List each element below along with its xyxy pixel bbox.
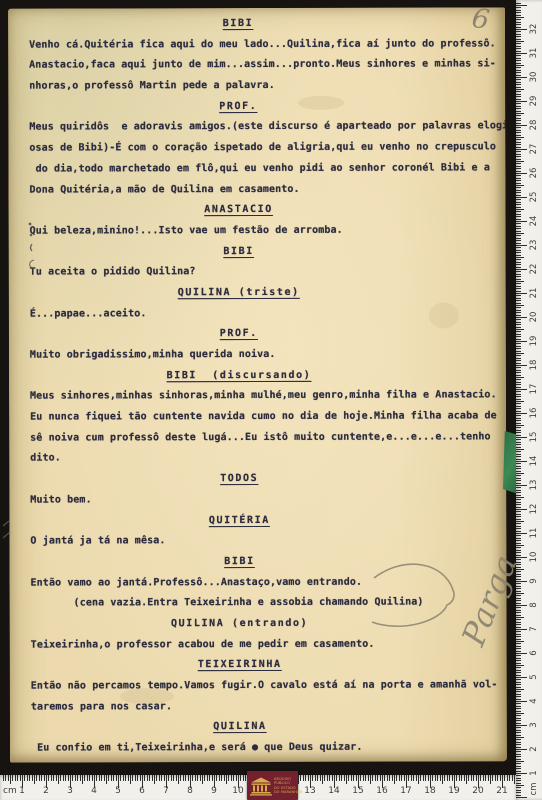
ruler-tick	[516, 24, 521, 25]
ruler-tick	[516, 149, 527, 150]
ruler-tick	[65, 775, 66, 781]
ruler-tick	[480, 775, 481, 781]
ruler-tick	[516, 535, 521, 536]
ruler-tick	[447, 775, 448, 781]
ruler-tick	[516, 720, 521, 721]
ruler-tick	[516, 629, 527, 630]
ruler-number: 17	[398, 786, 414, 796]
ruler-tick	[516, 516, 521, 517]
ruler-tick	[58, 775, 59, 784]
ruler-tick	[516, 319, 521, 320]
ruler-tick	[516, 363, 521, 364]
ruler-tick	[516, 130, 521, 131]
ruler-tick	[516, 766, 521, 767]
ruler-tick	[516, 555, 521, 556]
ruler-tick	[516, 581, 527, 582]
ruler-tick	[17, 775, 18, 781]
ruler-tick	[516, 264, 521, 265]
edge-pencil-mark	[0, 518, 14, 548]
ruler-tick	[516, 591, 521, 592]
ruler-number: 2	[529, 739, 539, 759]
script-heading: QUILINA (triste)	[30, 286, 448, 308]
ruler-tick	[516, 651, 521, 652]
ruler-tick	[516, 511, 521, 512]
ruler-tick	[516, 139, 521, 140]
ruler-tick	[178, 775, 179, 784]
ruler-tick	[516, 459, 521, 460]
ruler-tick	[516, 795, 521, 796]
ruler-tick	[516, 370, 521, 371]
ruler-tick	[317, 775, 318, 781]
ruler-tick	[516, 291, 521, 292]
ruler-tick	[516, 17, 524, 18]
ruler-tick	[320, 775, 321, 781]
ruler-tick	[516, 310, 521, 311]
ruler-tick	[416, 775, 417, 781]
script-line: osas de Bibi)-É com o coração ispetado d…	[29, 141, 505, 163]
ruler-tick	[106, 775, 107, 784]
ruler-tick	[516, 334, 521, 335]
ruler-tick	[204, 775, 205, 781]
ruler-tick	[44, 775, 45, 781]
ruler-tick	[516, 396, 521, 397]
ruler-tick	[516, 399, 521, 400]
ruler-tick	[516, 449, 524, 450]
ruler-tick	[387, 775, 388, 781]
script-heading: PROF.	[29, 100, 447, 122]
ruler-tick	[516, 288, 521, 289]
ruler-tick	[516, 689, 524, 690]
script-line: Venho cá.Quitéria fica aqui do meu lado.…	[29, 38, 505, 60]
ruler-tick	[332, 775, 333, 781]
ruler-number: 12	[529, 499, 539, 519]
ruler-tick	[372, 775, 373, 781]
ruler-tick	[516, 36, 521, 37]
ruler-tick	[516, 610, 521, 611]
ruler-tick	[437, 775, 438, 781]
ruler-number: 18	[422, 786, 438, 796]
ruler-tick	[116, 775, 117, 781]
ruler-tick	[516, 15, 521, 16]
ruler-tick	[516, 672, 521, 673]
ruler-tick	[516, 648, 521, 649]
ruler-tick	[516, 507, 521, 508]
ruler-tick	[3, 775, 4, 781]
ruler-tick	[84, 775, 85, 781]
ruler-tick	[48, 775, 49, 781]
ruler-number: 4	[86, 786, 102, 796]
ruler-tick	[516, 775, 521, 776]
ruler-tick	[516, 670, 521, 671]
ruler-tick	[92, 775, 93, 781]
ruler-tick	[516, 423, 521, 424]
ruler-tick	[459, 775, 460, 781]
signature-name: Parga	[454, 550, 516, 652]
ruler-tick	[120, 775, 121, 781]
ruler-number: 27	[529, 139, 539, 159]
ruler-tick	[516, 394, 521, 395]
ruler-tick	[516, 53, 527, 54]
ruler-tick	[516, 665, 524, 666]
ruler-tick	[442, 775, 443, 784]
ruler-tick	[516, 735, 521, 736]
ruler-tick	[516, 27, 521, 28]
ruler-tick	[516, 646, 521, 647]
ruler-tick	[516, 427, 521, 428]
ruler-tick	[485, 775, 486, 781]
ruler-number: 10	[230, 786, 246, 796]
ruler-tick	[113, 775, 114, 781]
ruler-tick	[516, 574, 521, 575]
ruler-tick	[466, 775, 467, 784]
script-line: Dona Quitéria,a mão de Quilina em casame…	[29, 183, 505, 205]
ruler-tick	[516, 307, 521, 308]
ruler-tick	[516, 739, 521, 740]
ruler-tick	[516, 262, 521, 263]
ruler-tick	[516, 415, 521, 416]
ruler-number: 21	[494, 786, 510, 796]
ruler-tick	[516, 437, 527, 438]
ruler-tick	[516, 329, 524, 330]
ruler-tick	[516, 87, 521, 88]
ruler-tick	[435, 775, 436, 781]
ruler-tick	[504, 775, 505, 781]
ruler-tick	[516, 192, 521, 193]
ruler-tick	[516, 401, 524, 402]
ruler-tick	[516, 543, 521, 544]
ruler-tick	[516, 497, 524, 498]
ruler-tick	[516, 235, 521, 236]
ruler-tick	[516, 473, 524, 474]
ruler-tick	[516, 468, 521, 469]
ruler-number: 9	[529, 571, 539, 591]
ruler-tick	[516, 379, 521, 380]
ruler-tick	[516, 696, 521, 697]
ruler-tick	[516, 156, 521, 157]
ruler-tick	[516, 10, 521, 11]
ruler-tick	[497, 775, 498, 781]
ruler-tick	[516, 430, 521, 431]
ruler-tick	[516, 245, 527, 246]
ruler-tick	[516, 283, 521, 284]
ruler-tick	[147, 775, 148, 781]
ruler-tick	[41, 775, 42, 781]
ruler-tick	[500, 775, 501, 781]
ruler-tick	[346, 775, 347, 784]
ruler-tick	[516, 31, 521, 32]
ruler-tick	[377, 775, 378, 781]
ruler-tick	[516, 406, 521, 407]
ruler-tick	[164, 775, 165, 781]
ruler-tick	[516, 175, 521, 176]
ruler-tick	[516, 199, 521, 200]
ruler-tick	[516, 780, 521, 781]
ruler-tick	[516, 247, 521, 248]
ruler-tick	[39, 775, 40, 781]
ruler-tick	[516, 163, 521, 164]
ruler-tick	[516, 279, 521, 280]
ruler-number: 1	[14, 786, 30, 796]
ruler-tick	[516, 267, 521, 268]
ruler-tick	[240, 775, 241, 781]
ruler-tick	[516, 384, 521, 385]
ruler-tick	[516, 147, 521, 148]
ruler-number: 32	[529, 19, 539, 39]
ruler-tick	[344, 775, 345, 781]
ruler-tick	[516, 72, 521, 73]
ruler-tick	[432, 775, 433, 781]
ruler-tick	[516, 67, 521, 68]
ruler-tick	[516, 699, 521, 700]
ruler-tick	[516, 231, 521, 232]
ruler-tick	[516, 185, 524, 186]
ruler-tick	[516, 135, 521, 136]
ruler-tick	[308, 775, 309, 781]
ruler-tick	[516, 492, 521, 493]
ruler-tick	[516, 413, 527, 414]
ruler-tick	[516, 778, 521, 779]
ruler-tick	[80, 775, 81, 781]
ruler-tick	[516, 485, 527, 486]
ruler-tick	[516, 34, 521, 35]
ruler-tick	[516, 144, 521, 145]
ruler-tick	[516, 547, 521, 548]
ruler-tick	[82, 775, 83, 784]
ruler-tick	[516, 132, 521, 133]
ruler-tick	[516, 655, 521, 656]
ruler-number: 18	[529, 355, 539, 375]
ruler-tick	[516, 687, 521, 688]
ruler-tick	[125, 775, 126, 781]
ruler-number: 14	[326, 786, 342, 796]
ruler-tick	[516, 19, 521, 20]
ruler-tick	[516, 48, 521, 49]
ruler-tick	[440, 775, 441, 781]
script-heading: QUITÉRIA	[30, 514, 448, 536]
stamp-text: ARQUIVO PÚBLICO DO ESTADO DO MARANHÃO	[273, 777, 302, 795]
ruler-tick	[516, 533, 527, 534]
ruler-tick	[516, 579, 521, 580]
script-heading: BIBI	[29, 18, 447, 40]
ruler-tick	[516, 106, 521, 107]
ruler-tick	[363, 775, 364, 781]
ruler-tick	[516, 567, 521, 568]
ruler-tick	[516, 339, 521, 340]
script-heading: BIBI (discursando)	[30, 369, 448, 391]
ruler-tick	[516, 238, 521, 239]
ruler-tick	[303, 775, 304, 781]
ruler-tick	[516, 593, 524, 594]
ruler-tick	[56, 775, 57, 781]
ruler-tick	[516, 173, 527, 174]
ruler-tick	[516, 255, 521, 256]
ruler-tick	[516, 355, 521, 356]
ruler-tick	[516, 619, 521, 620]
ruler-tick	[516, 495, 521, 496]
script-line: Anastacio,faca aqui junto de mim...assim…	[29, 59, 505, 81]
script-heading: TEIXEIRINHA	[31, 659, 449, 681]
ruler-tick	[516, 790, 521, 791]
ruler-tick	[195, 775, 196, 781]
ruler-tick	[516, 63, 521, 64]
ruler-tick	[516, 456, 521, 457]
ruler-tick	[428, 775, 429, 781]
ruler-tick	[356, 775, 357, 781]
ruler-tick	[516, 228, 521, 229]
ruler-tick	[516, 641, 524, 642]
script-line: sê noiva cum professô deste lugá...Eu is…	[30, 431, 506, 453]
ruler-tick	[516, 137, 524, 138]
ruler-tick	[401, 775, 402, 781]
ruler-tick	[51, 775, 52, 781]
ruler-tick	[77, 775, 78, 781]
ruler-tick	[516, 341, 527, 342]
ruler-tick	[516, 257, 524, 258]
ruler-tick	[324, 775, 325, 781]
ruler-number: 9	[206, 786, 222, 796]
ruler-tick	[60, 775, 61, 781]
ruler-tick	[516, 682, 521, 683]
ruler-number: 15	[529, 427, 539, 447]
ruler-tick	[516, 552, 521, 553]
ruler-tick	[370, 775, 371, 784]
ruler-tick	[516, 12, 521, 13]
ruler-tick	[516, 521, 524, 522]
ruler-tick	[516, 420, 521, 421]
ruler-tick	[144, 775, 145, 781]
ruler-tick	[516, 77, 527, 78]
ruler-tick	[516, 463, 521, 464]
ruler-tick	[224, 775, 225, 781]
ruler-tick	[236, 775, 237, 781]
ruler-tick	[411, 775, 412, 781]
ruler-tick	[516, 91, 521, 92]
ruler-tick	[516, 747, 521, 748]
ruler-number: 13	[529, 475, 539, 495]
ruler-tick	[351, 775, 352, 781]
ruler-tick	[516, 207, 521, 208]
ruler-tick	[516, 763, 521, 764]
ruler-tick	[228, 775, 229, 781]
script-line: Muito obrigadissimo,minha querida noiva.	[30, 348, 506, 370]
ruler-tick	[418, 775, 419, 784]
ruler-tick	[516, 718, 521, 719]
ruler-tick	[461, 775, 462, 781]
ruler-number: 6	[134, 786, 150, 796]
ruler-number: 30	[529, 67, 539, 87]
ruler-tick	[516, 300, 521, 301]
ruler-tick	[516, 761, 524, 762]
ruler-tick	[20, 775, 21, 781]
ruler-tick	[516, 725, 527, 726]
ruler-tick	[425, 775, 426, 781]
ruler-number: 7	[529, 619, 539, 639]
ruler-tick	[152, 775, 153, 781]
ruler-tick	[516, 151, 521, 152]
ruler-tick	[53, 775, 54, 781]
ruler-tick	[341, 775, 342, 781]
ruler-tick	[516, 55, 521, 56]
ruler-tick	[185, 775, 186, 781]
ruler-tick	[471, 775, 472, 781]
script-line: taremos para nos casar.	[31, 700, 507, 722]
ruler-tick	[202, 775, 203, 784]
ruler-tick	[516, 403, 521, 404]
ruler-number: 26	[529, 163, 539, 183]
ruler-number: 1	[529, 763, 539, 783]
ruler-tick	[180, 775, 181, 781]
signature-flourish	[372, 564, 454, 626]
script-line: Muito bem.	[30, 493, 506, 515]
ruler-tick	[516, 111, 521, 112]
ruler-number: 8	[182, 786, 198, 796]
ruler-tick	[516, 96, 521, 97]
ruler-tick	[516, 3, 521, 4]
ruler-tick	[516, 514, 521, 515]
ruler-tick	[327, 775, 328, 781]
ruler-tick	[516, 295, 521, 296]
ruler-tick	[444, 775, 445, 781]
ruler-tick	[516, 219, 521, 220]
ruler-tick	[516, 583, 521, 584]
script-heading: BIBI	[30, 245, 448, 267]
ruler-tick	[212, 775, 213, 781]
ruler-tick	[243, 775, 244, 781]
ruler-tick	[507, 775, 508, 781]
ruler-tick	[176, 775, 177, 781]
ruler-tick	[514, 775, 515, 784]
ruler-number: 29	[529, 91, 539, 111]
ruler-tick	[516, 60, 521, 61]
ruler-tick	[101, 775, 102, 781]
ruler-tick	[375, 775, 376, 781]
ruler-tick	[171, 775, 172, 781]
ruler-tick	[404, 775, 405, 781]
ruler-tick	[516, 108, 521, 109]
ruler-tick	[380, 775, 381, 781]
ruler-tick	[516, 171, 521, 172]
ruler-tick	[15, 775, 16, 781]
ruler-tick	[516, 99, 521, 100]
script-line: Meus quiridôs e adoravis amigos.(este di…	[29, 121, 505, 143]
ruler-tick	[516, 600, 521, 601]
ruler-tick	[516, 154, 521, 155]
ruler-tick	[233, 775, 234, 781]
ruler-tick	[516, 471, 521, 472]
ruler-tick	[509, 775, 510, 781]
ruler-tick	[27, 775, 28, 781]
script-line: Eu nunca fiquei tão cuntente navida cumo…	[30, 410, 506, 432]
ruler-tick	[183, 775, 184, 781]
ruler-tick	[516, 531, 521, 532]
ruler-tick	[231, 775, 232, 781]
ruler-tick	[516, 303, 521, 304]
ruler-tick	[516, 276, 521, 277]
ruler-tick	[123, 775, 124, 781]
ruler-tick	[516, 82, 521, 83]
ruler-tick	[394, 775, 395, 784]
ruler-tick	[516, 411, 521, 412]
ruler-tick	[516, 243, 521, 244]
ruler-tick	[516, 749, 527, 750]
ruler-tick	[516, 639, 521, 640]
ruler-tick	[516, 634, 521, 635]
ruler-tick	[516, 792, 521, 793]
ruler-tick	[68, 775, 69, 781]
ruler-tick	[516, 768, 521, 769]
ruler-tick	[516, 528, 521, 529]
ruler-number: 5	[110, 786, 126, 796]
